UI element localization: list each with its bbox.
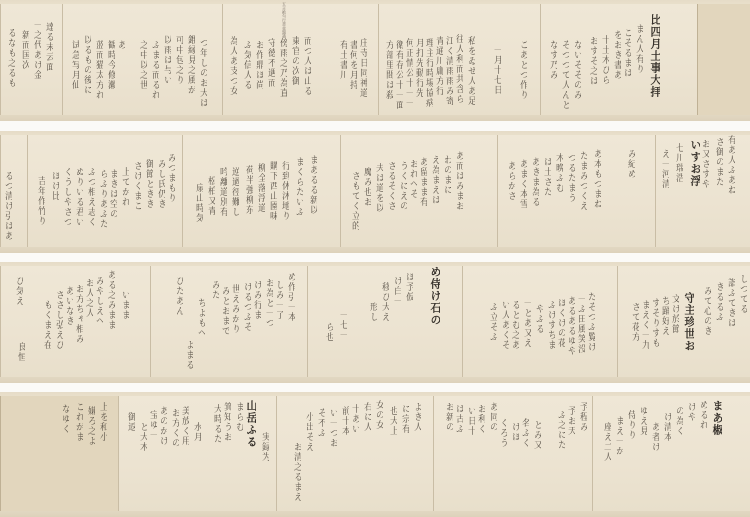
calligraphy-column: ある之みまま bbox=[108, 270, 115, 330]
calligraphy-column: お為と一つ bbox=[266, 278, 273, 328]
calligraphy-column: 実録为 bbox=[262, 432, 269, 462]
calligraphy-column: 有土書川 bbox=[340, 40, 347, 80]
calligraphy-column: ささし弘えひ bbox=[56, 290, 63, 350]
calligraphy-column: まきは空の bbox=[110, 169, 117, 219]
calligraphy-column: けるつふそ bbox=[244, 282, 251, 332]
calligraphy-column: お利く bbox=[478, 404, 485, 434]
calligraphy-column: 水月 bbox=[194, 422, 201, 442]
calligraphy-column: めるれ bbox=[700, 400, 707, 430]
calligraphy-column: 有あ人ふあね bbox=[728, 135, 735, 195]
calligraphy-column: 予お天 bbox=[568, 406, 575, 436]
calligraphy-column: みとおまで bbox=[222, 286, 229, 336]
calligraphy-column: なゆく bbox=[62, 404, 69, 434]
calligraphy-column: 箕知うお bbox=[224, 402, 231, 442]
calligraphy-column: をおき書あ bbox=[614, 30, 621, 80]
calligraphy-column: いすお浮 bbox=[690, 139, 700, 187]
calligraphy-column: け白一 bbox=[394, 276, 401, 306]
printed-annotation: 五言絶句行書並題識 bbox=[282, 2, 286, 38]
calligraphy-column: るつ清け引はあ bbox=[5, 171, 12, 241]
calligraphy-column: 良恒 bbox=[18, 342, 25, 362]
calligraphy-column: 詣ふてきは bbox=[728, 278, 735, 328]
calligraphy-column: は土さた bbox=[544, 157, 551, 197]
calligraphy-column: 御返 bbox=[128, 412, 135, 432]
calligraphy-column: 右に人 bbox=[364, 402, 371, 432]
scroll-strip-2: るつ清け引はあ吉年作竹りほけ比くうしやさつぬりいる君いふつ相え志くらふりあふたま… bbox=[0, 131, 750, 253]
calligraphy-column: ほ予仮 bbox=[406, 272, 413, 302]
calligraphy-column: 试急写月仙 bbox=[72, 40, 79, 90]
scroll-strip-3: ひ気え良恒もくまえ在ささし弘えひあいなきお方ちゃ相みお人之人みやしえへある之みま… bbox=[0, 262, 750, 383]
calligraphy-column: ら也 bbox=[326, 322, 333, 342]
calligraphy-column: まらむ bbox=[236, 402, 243, 432]
calligraphy-column: けみ行ま bbox=[254, 280, 261, 320]
calligraphy-column: あ bbox=[118, 40, 125, 50]
calligraphy-column: 上を和小 bbox=[100, 402, 107, 442]
calligraphy-column: 蓝而猫太方れ bbox=[96, 40, 103, 100]
calligraphy-column: ち踊好え bbox=[662, 296, 669, 336]
calligraphy-column: め侍け石の bbox=[430, 266, 440, 326]
calligraphy-column: みつまもり bbox=[168, 153, 175, 203]
calligraphy-column: 木晩ふむ bbox=[556, 153, 563, 193]
calligraphy-column: 小出そえ bbox=[306, 412, 313, 452]
calligraphy-column: みて心のき bbox=[704, 286, 711, 336]
calligraphy-column: お方ちゃ相み bbox=[76, 284, 83, 344]
calligraphy-column: お新の bbox=[446, 402, 453, 432]
calligraphy-column: 夫は道を以 bbox=[376, 163, 383, 213]
calligraphy-column: なす乃み bbox=[550, 40, 557, 80]
calligraphy-column: たまみつくえ bbox=[580, 151, 587, 211]
calligraphy-column: お又さすや bbox=[702, 139, 709, 189]
calligraphy-column: あるあるゆや bbox=[568, 296, 575, 356]
calligraphy-column: けほ bbox=[512, 422, 519, 442]
calligraphy-column: そ不ふ bbox=[318, 408, 325, 438]
calligraphy-column: 以るもの後に bbox=[84, 35, 91, 95]
calligraphy-column: 名ふく bbox=[522, 418, 529, 448]
calligraphy-column: 七川瑞浩 bbox=[676, 143, 683, 183]
calligraphy-column: 守徳不遇而 bbox=[268, 38, 275, 88]
calligraphy-column: ふ之にた bbox=[558, 410, 565, 450]
calligraphy-column: 扇山時気 bbox=[196, 183, 203, 223]
calligraphy-column: おれへそ bbox=[410, 159, 417, 199]
calligraphy-column: わのまに bbox=[444, 155, 451, 195]
calligraphy-column: さもてく立的 bbox=[352, 171, 359, 231]
calligraphy-column: ごあとつ作り bbox=[520, 40, 527, 100]
calligraphy-column: しつてる bbox=[740, 274, 747, 314]
calligraphy-column: の為く bbox=[676, 406, 683, 436]
letter-sheet bbox=[150, 266, 308, 377]
calligraphy-column: あ者け bbox=[652, 422, 659, 452]
calligraphy-column: ぬりいる君い bbox=[76, 167, 83, 227]
calligraphy-column: 一とあ又え bbox=[524, 298, 531, 348]
calligraphy-column: え為まえは bbox=[432, 155, 439, 205]
calligraphy-column: 行到休沐地り bbox=[282, 161, 289, 221]
calligraphy-column: あ而はみまお bbox=[456, 151, 463, 211]
calligraphy-column: 新而国次 bbox=[22, 30, 29, 70]
calligraphy-column: くうしやさつ bbox=[64, 167, 71, 227]
calligraphy-column: すそりすも bbox=[652, 298, 659, 348]
calligraphy-column: 観時今修瀬 bbox=[108, 40, 115, 90]
calligraphy-column: め作引一本 bbox=[288, 272, 295, 322]
calligraphy-column: あのかけ bbox=[160, 406, 167, 446]
mounting-paper bbox=[697, 4, 750, 115]
calligraphy-column: 理主行時場協病 bbox=[426, 38, 433, 108]
calligraphy-column: まくらたいふ bbox=[296, 157, 303, 217]
calligraphy-column: そつつて人んと bbox=[562, 40, 569, 110]
calligraphy-column: るなも之るも bbox=[8, 28, 15, 88]
calligraphy-column: きるるふ bbox=[716, 282, 723, 322]
calligraphy-column: うくにえの bbox=[400, 161, 407, 211]
calligraphy-column: 魔み也お bbox=[364, 167, 371, 207]
calligraphy-column: 前十本 bbox=[342, 406, 349, 436]
calligraphy-column: 江く清雨雨み寄 bbox=[446, 36, 453, 106]
calligraphy-column: まん人有り bbox=[636, 24, 643, 74]
calligraphy-column: 松柏又青 bbox=[208, 176, 215, 216]
calligraphy-column: さて花方 bbox=[632, 302, 639, 342]
calligraphy-column: 可中包之り bbox=[176, 35, 183, 85]
calligraphy-column: 十あい bbox=[352, 404, 359, 434]
calligraphy-column: さ御のまた bbox=[716, 137, 723, 187]
calligraphy-column: まえ一か bbox=[616, 416, 623, 456]
calligraphy-column: 一之代あけ金 bbox=[34, 20, 41, 80]
calligraphy-column: 柳全落浮道 bbox=[258, 163, 265, 213]
calligraphy-column: 而つ人は山る bbox=[304, 36, 311, 96]
calligraphy-column: よまる bbox=[186, 340, 193, 370]
calligraphy-column: 東官の次御 bbox=[292, 36, 299, 86]
calligraphy-column: るとむ之あ bbox=[512, 300, 519, 350]
calligraphy-column: 購下西山園味 bbox=[270, 161, 277, 221]
calligraphy-column: い人あくそ bbox=[502, 300, 509, 350]
calligraphy-column: 月打先動行先 bbox=[416, 38, 423, 98]
calligraphy-column: 文け於節 bbox=[672, 294, 679, 334]
calligraphy-column: あ同の bbox=[490, 402, 497, 432]
calligraphy-column: 世えみかり bbox=[232, 284, 239, 334]
calligraphy-column: ふ気信人る bbox=[244, 40, 251, 90]
calligraphy-column: い日十 bbox=[468, 406, 475, 436]
calligraphy-column: 予程み bbox=[580, 402, 587, 432]
calligraphy-column: 宝ゆ一 bbox=[150, 410, 157, 440]
calligraphy-column: ほけ比 bbox=[52, 171, 59, 201]
calligraphy-column: まあるる新以 bbox=[310, 155, 317, 215]
calligraphy-column: に宗有 bbox=[402, 404, 409, 434]
calligraphy-column: 荷半強柳东 bbox=[246, 165, 253, 215]
calligraphy-column: 庄寺日同神道 bbox=[360, 38, 367, 98]
calligraphy-column: 衛有存公十一面 bbox=[396, 40, 403, 110]
calligraphy-column: みやしえへ bbox=[96, 276, 103, 326]
calligraphy-column: 吉年作竹り bbox=[38, 176, 45, 226]
calligraphy-column: あらかさ bbox=[508, 161, 515, 201]
calligraphy-column: くろう bbox=[500, 418, 507, 448]
calligraphy-column: 私をゐせ人あ足 bbox=[468, 36, 475, 106]
scroll-strip-4: なゆくこれがま嫌ろ之よ上を和小御返と大木宝ゆ一あのかけお方くの美放く用水月大時る… bbox=[0, 392, 750, 517]
calligraphy-column: こそるまは bbox=[624, 28, 631, 78]
calligraphy-column: 為人あ支つ女 bbox=[230, 36, 237, 96]
calligraphy-column: ふつ相え志く bbox=[88, 167, 95, 227]
calligraphy-column: とみ又 bbox=[534, 420, 541, 450]
calligraphy-column: お清之るまえ bbox=[294, 442, 301, 502]
calligraphy-column: つるたまう bbox=[568, 153, 575, 203]
calligraphy-column: これがま bbox=[76, 402, 83, 442]
calligraphy-column: と大木 bbox=[140, 422, 147, 452]
calligraphy-column: 往人利而共含ら bbox=[456, 34, 463, 104]
calligraphy-column: 移ひ大え bbox=[382, 282, 389, 322]
calligraphy-column: 逆過徑難し bbox=[232, 167, 239, 217]
calligraphy-column: ひたあん bbox=[176, 276, 183, 316]
calligraphy-column: お作鼎ほ尚 bbox=[256, 40, 263, 90]
calligraphy-column: あ留まま有 bbox=[420, 157, 427, 207]
calligraphy-column: 何正情公十一一 bbox=[406, 38, 413, 108]
calligraphy-column: まえく一九 bbox=[642, 300, 649, 350]
calligraphy-column: らふりあふた bbox=[100, 169, 107, 229]
calligraphy-column: 也大上 bbox=[390, 406, 397, 436]
calligraphy-column: おすそ之は bbox=[590, 36, 597, 86]
calligraphy-column: みし氏仍き bbox=[158, 159, 165, 209]
calligraphy-column: 一月十七日 bbox=[494, 45, 501, 95]
calligraphy-column: 一ふ田風笑没 bbox=[578, 294, 585, 354]
calligraphy-column: ふ立そふ bbox=[490, 302, 497, 342]
calligraphy-column: お人之人 bbox=[86, 278, 93, 318]
calligraphy-column: 比四月土事大拝 bbox=[650, 14, 660, 98]
calligraphy-column: 以雨は与い bbox=[164, 35, 171, 85]
calligraphy-column: ほくけの花 bbox=[558, 298, 565, 348]
calligraphy-column: は古ふ bbox=[456, 404, 463, 434]
calligraphy-column: 錐縁見之風が bbox=[188, 35, 195, 95]
calligraphy-column: 書何を月持 bbox=[350, 40, 357, 90]
calligraphy-column: さけくまこ bbox=[134, 161, 141, 211]
calligraphy-column: 方部里間は殺 bbox=[386, 40, 393, 100]
calligraphy-column: もくまえ在 bbox=[44, 300, 51, 350]
calligraphy-column: あきま為る bbox=[532, 157, 539, 207]
calligraphy-column: あいなき bbox=[66, 286, 73, 326]
calligraphy-column: けや bbox=[688, 402, 695, 422]
calligraphy-column: お方くの bbox=[172, 408, 179, 448]
calligraphy-column: 守主珍世お bbox=[684, 292, 694, 352]
calligraphy-column: 女の女 bbox=[376, 400, 383, 430]
calligraphy-column: け清本 bbox=[664, 412, 671, 442]
calligraphy-column: 吟離道別有 bbox=[220, 167, 227, 217]
calligraphy-column: 座え二人 bbox=[604, 422, 611, 462]
calligraphy-column: ふまる而るれ bbox=[152, 40, 159, 100]
calligraphy-column: やふる bbox=[536, 304, 543, 334]
calligraphy-column: 十土木ひら bbox=[602, 35, 609, 85]
calligraphy-column: つ年しのお大は bbox=[200, 38, 207, 108]
calligraphy-column: 傍雨之乃為直 bbox=[280, 38, 287, 98]
calligraphy-column: 之中以之世 bbox=[140, 40, 147, 90]
calligraphy-column: ふけすちま bbox=[548, 300, 555, 350]
calligraphy-column: よき人 bbox=[414, 402, 421, 432]
calligraphy-column: 上てかれ bbox=[122, 167, 129, 207]
calligraphy-column: しみ一了 bbox=[276, 280, 283, 320]
calligraphy-column: 一七一 bbox=[340, 310, 347, 340]
calligraphy-column: さるそくさ bbox=[388, 161, 395, 211]
calligraphy-column: 美放く用 bbox=[182, 406, 189, 446]
calligraphy-column: ゆえ見 bbox=[640, 406, 647, 436]
calligraphy-column: いまま bbox=[122, 290, 129, 320]
calligraphy-column: まあ椒 bbox=[712, 400, 722, 436]
calligraphy-column: 青通川庸方行 bbox=[436, 36, 443, 96]
calligraphy-column: み紀め bbox=[628, 149, 635, 179]
calligraphy-column: 形し bbox=[370, 302, 377, 322]
calligraphy-column: あ本もつまね bbox=[594, 149, 601, 209]
calligraphy-column: ちよもへ bbox=[198, 298, 205, 338]
calligraphy-column: 大時るた bbox=[214, 404, 221, 444]
scroll-strip-1: るなも之るも新而国次一之代あけ金達る末云面试急写月仙以るもの後に蓝而猫太方れ観時… bbox=[0, 0, 750, 121]
calligraphy-column: 嫌ろ之よ bbox=[88, 406, 95, 446]
calligraphy-column: 御節ときき bbox=[146, 159, 153, 209]
calligraphy-column: い一つお bbox=[330, 408, 337, 448]
calligraphy-column: え一河清 bbox=[662, 149, 669, 189]
calligraphy-column: ひ気え bbox=[16, 276, 23, 306]
calligraphy-column: ないそそのみ bbox=[574, 40, 581, 100]
calligraphy-column: あまく本雪 bbox=[520, 159, 527, 209]
calligraphy-column: 侍りり bbox=[628, 410, 635, 440]
calligraphy-column: みた bbox=[212, 280, 219, 300]
calligraphy-column: 山岳ふる bbox=[246, 400, 256, 448]
calligraphy-column: たそつふ覧け bbox=[588, 292, 595, 352]
calligraphy-column: 達る末云面 bbox=[46, 22, 53, 72]
